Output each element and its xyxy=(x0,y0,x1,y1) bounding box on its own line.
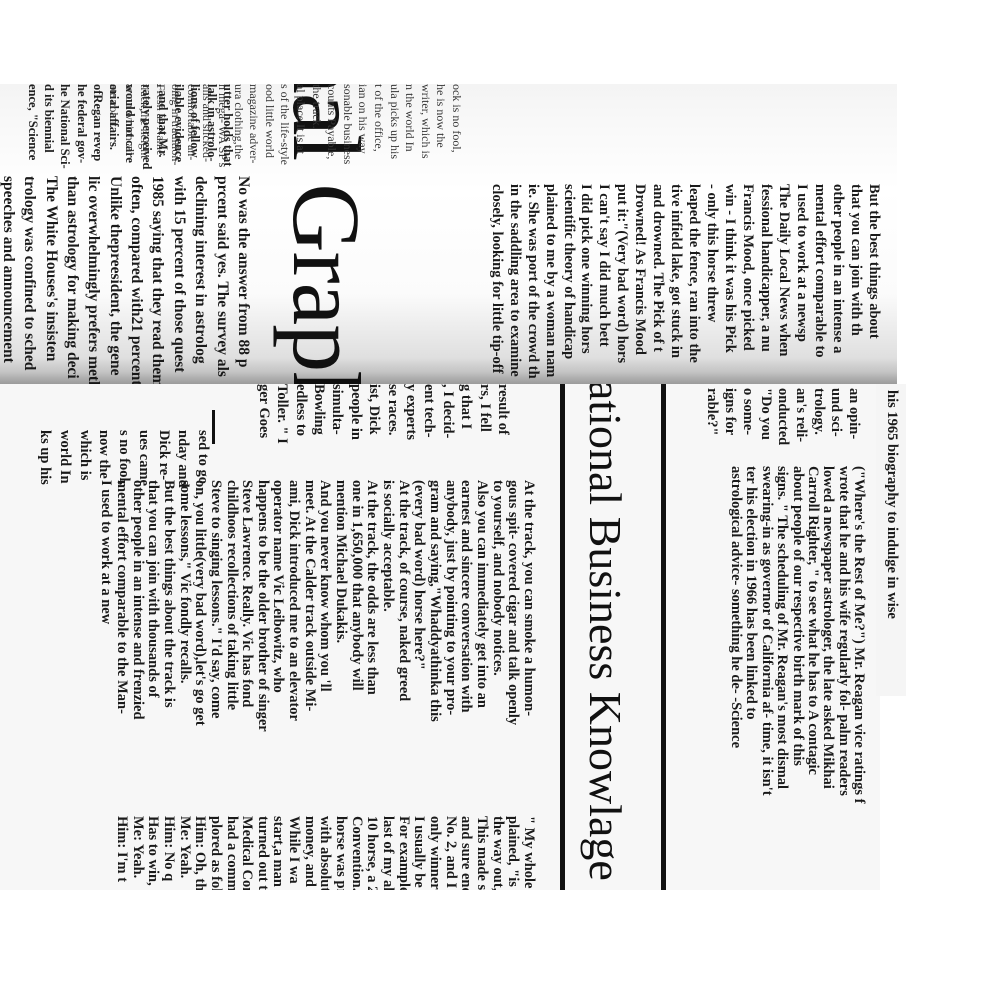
text-line: Him: I'm t xyxy=(113,816,129,890)
text-line: ate color. xyxy=(105,84,121,167)
text-line: about people of our respective birth mar… xyxy=(789,466,804,803)
text-line: nday and xyxy=(173,430,193,488)
text-line: he National Sci- xyxy=(57,84,73,170)
text-line: ent tech- xyxy=(420,384,438,444)
text-line: ie. She was port of the crowd th xyxy=(523,184,541,379)
text-line: sed to go xyxy=(192,430,212,488)
roll-column-right-small: ock is no fool, he is now the writer, wh… xyxy=(105,84,464,167)
text-line: that you can join with th xyxy=(846,184,864,379)
text-line: only winner I xyxy=(426,816,442,890)
text-line: swearing-in as governor of California af… xyxy=(758,466,773,803)
text-line: Dick re- xyxy=(153,430,173,488)
text-line: comfortable an- xyxy=(183,84,199,167)
text-line: - only this horse threw xyxy=(702,184,720,379)
text-line: turned out th xyxy=(254,816,270,890)
tab-text: his 1965 biography to indulge in wise xyxy=(882,390,902,619)
text-line: gram and saying,"Whaddyathinka this xyxy=(426,480,442,732)
text-line: and sure enou xyxy=(458,816,474,890)
sheet-column-d: " My whole plained, "is if the way out, … xyxy=(113,816,536,890)
text-line: I did pick one winning hors xyxy=(577,184,595,379)
text-line: Bowling xyxy=(310,384,328,444)
text-line: , I decid- xyxy=(438,384,456,444)
sheet-column-e: an opin- und sci- trology. an's reli- on… xyxy=(703,388,862,445)
text-line: mental effort comparable to the Man- xyxy=(113,480,129,732)
sheet-column-b: result of rs, I fell g that I , I decid-… xyxy=(254,384,512,444)
text-line: ian on his way xyxy=(355,84,371,167)
text-line: had a common xyxy=(223,816,239,890)
text-line: Toller. " I xyxy=(273,384,291,444)
text-line: Him: No q xyxy=(160,816,176,890)
text-line: No was the answer from 88 p xyxy=(233,176,254,384)
text-line: plained to me by a woman nam xyxy=(541,184,559,379)
text-line: that you can join with thousands of xyxy=(145,480,161,732)
text-line: meet. At the Calder track outside Mi- xyxy=(301,480,317,732)
text-line: one in 1,650,000 that anybody will xyxy=(348,480,364,732)
text-line: ist, Dick xyxy=(365,384,383,444)
text-line: with 15 percent of those quest xyxy=(169,176,190,384)
text-line: with absolutel xyxy=(317,816,333,890)
text-line: rs, I fell xyxy=(475,384,493,444)
text-line: Also you can immediately get into an xyxy=(473,480,489,732)
text-line: Medical Conve xyxy=(239,816,255,890)
text-line: money, and th xyxy=(301,816,317,890)
text-line: ks up his xyxy=(35,430,55,488)
text-line: ar on which all xyxy=(121,84,137,167)
text-line: lowed a newspaper astrologer, the late a… xyxy=(820,466,835,803)
paper-sheet: sed to go nday and Dick re- ues came s n… xyxy=(0,384,880,890)
text-line: track,the height xyxy=(137,84,153,167)
text-line: now the xyxy=(94,430,114,488)
text-line: At the track, you can smoke a humon- xyxy=(520,480,536,732)
text-line: n the world In xyxy=(402,84,418,167)
text-line: Francis Mood, once picked xyxy=(738,184,756,379)
text-line: people in xyxy=(346,384,364,444)
text-line: ("Where's the Rest of Me?") Mr. Reagan v… xyxy=(851,466,866,803)
text-line: Drowned! As Francis Mood xyxy=(630,184,648,379)
text-line: other people in an intense a xyxy=(828,184,846,379)
text-line: ues came xyxy=(133,430,153,488)
text-line: At the track, of course, naked greed xyxy=(395,480,411,732)
text-line: For example, xyxy=(395,816,411,890)
text-line: Him: Oh, th xyxy=(192,816,208,890)
text-line: put it:"(Very bad word) hors xyxy=(612,184,630,379)
text-line: Steve Lawrence. Really. Vic has fond xyxy=(239,480,255,732)
text-line: s of the life-style xyxy=(277,84,293,167)
text-line: t of the office, xyxy=(370,84,386,167)
text-line: speeches and announcement xyxy=(0,176,19,384)
column-rule-left xyxy=(560,384,565,890)
text-line: At the track, the odds are less than xyxy=(364,480,380,732)
text-line: ofRegan revep xyxy=(90,84,106,170)
text-line: to yourself, and nobody notices. xyxy=(489,480,505,732)
roll-column-right: But the best things about that you can j… xyxy=(487,184,882,379)
text-line: ence, "Science xyxy=(25,84,41,170)
text-line: rable?" xyxy=(703,388,721,445)
text-line: Has to win, xyxy=(145,816,161,890)
text-line: al place.It is at xyxy=(292,84,308,167)
text-line: gous spit- covered cigar and talk openly xyxy=(505,480,521,732)
column-rule-right xyxy=(661,384,666,890)
text-line: Steve to singing lessons." I'd say, come xyxy=(207,480,223,732)
text-line: s no fool, xyxy=(113,430,133,488)
text-line: Fresh as Name xyxy=(152,84,168,167)
text-line: the way out, xyxy=(489,816,505,890)
text-line: sonable business xyxy=(339,84,355,167)
text-line: some lessons," Vic fondly recalls. xyxy=(176,480,192,732)
text-line: The Daily Local News when xyxy=(774,184,792,379)
text-line: o some- xyxy=(738,388,756,445)
text-line: result of xyxy=(494,384,512,444)
text-line: counts Payable, xyxy=(324,84,340,167)
text-line: "Do you xyxy=(756,388,774,445)
text-line: scientific theory of handicap xyxy=(559,184,577,379)
text-line: I used to work at a new xyxy=(98,480,114,732)
text-line: an's reli- xyxy=(791,388,809,445)
text-line: anybody, just by pointing to your pro- xyxy=(442,480,458,732)
paper-roll: utter holds that lalk in astrolo- lions … xyxy=(0,84,897,384)
text-line: closely, looking for little tip-off xyxy=(487,184,505,379)
text-line: mention Michael Dukakis. xyxy=(332,480,348,732)
text-line: leaped the fence, ran into the xyxy=(684,184,702,379)
text-line: This made s xyxy=(473,816,489,890)
text-line: he is now the xyxy=(433,84,449,167)
text-line: last of my allo xyxy=(379,816,395,890)
text-line: y experts xyxy=(402,384,420,444)
text-line: in the saddling area to examine xyxy=(505,184,523,379)
text-line: 10 horse, a 25 xyxy=(364,816,380,890)
text-line: The White Houses's insisten xyxy=(40,176,61,384)
text-line: I usually be xyxy=(411,816,427,890)
text-line: (every bad word) horse here?" xyxy=(411,480,427,732)
text-line: onducted xyxy=(774,388,792,445)
text-line: world In xyxy=(54,430,74,488)
text-line: oing in tradition- xyxy=(168,84,184,167)
text-line: the track. xyxy=(308,84,324,167)
text-line: on, you little(very bad word),let's go g… xyxy=(192,480,208,732)
text-line: tive infield lake, got stuck in xyxy=(666,184,684,379)
text-line: g that I xyxy=(457,384,475,444)
sheet-column-a: sed to go nday and Dick re- ues came s n… xyxy=(35,430,212,488)
text-line: ter his election in 1966 has been linked… xyxy=(743,466,758,803)
text-line: 1985 saying that they read them xyxy=(147,176,168,384)
roll-column-mid: No was the answer from 88 p prcent said … xyxy=(0,176,254,384)
text-line: and drowned. The Pick of t xyxy=(648,184,666,379)
text-line: ura clothing,the xyxy=(230,84,246,167)
text-line: happens to be the older brother of singe… xyxy=(254,480,270,732)
text-line: wrote that he and his wife regularly fol… xyxy=(835,466,850,803)
text-line: I can't say I did much bett xyxy=(595,184,613,379)
text-line: d its biennial xyxy=(41,84,57,170)
text-line: simulta- xyxy=(328,384,346,444)
text-line: plored as follo xyxy=(207,816,223,890)
text-line: Carroll Righter, " to see what he has to… xyxy=(805,466,820,803)
text-line: ock is no fool, xyxy=(448,84,464,167)
text-line: trology was confined to sched xyxy=(19,176,40,384)
text-line: But the best things about the track is xyxy=(160,480,176,732)
text-line: he federal gov- xyxy=(74,84,90,170)
sheet-column-f: ("Where's the Rest of Me?") Mr. Reagan v… xyxy=(728,466,866,803)
text-line: ood little world xyxy=(261,84,277,167)
text-line: win - I think it was his Pick xyxy=(720,184,738,379)
text-line: lic overwhelmingly prefers meth xyxy=(83,176,104,384)
text-line: I used to work at a newsp xyxy=(792,184,810,379)
text-line: prcent said yes. The survey als xyxy=(211,176,232,384)
text-line: fessional handicapper, a nu xyxy=(756,184,774,379)
text-line: childhoos recollections of taking little xyxy=(223,480,239,732)
text-line: start,a man sa xyxy=(270,816,286,890)
text-line: ails and slicked- xyxy=(199,84,215,167)
text-line: Me: Yeah. xyxy=(176,816,192,890)
text-line: plained, "is if xyxy=(505,816,521,890)
text-line: declining interest in astrolog xyxy=(190,176,211,384)
text-line: ger Goes xyxy=(254,384,272,444)
text-line: While I wa xyxy=(286,816,302,890)
text-line: Unlike thepreesident, the gene xyxy=(104,176,125,384)
text-line: ula picks up his xyxy=(386,84,402,167)
text-line: But the best things about xyxy=(864,184,882,379)
text-line: ami, Dick introduced me to an elevator xyxy=(286,480,302,732)
sheet-headline: ational Business Knowlage Cen xyxy=(579,384,632,890)
text-line: astrological advice- something he de- -S… xyxy=(728,466,743,803)
text-line: Me: Yeah. xyxy=(129,816,145,890)
text-line: und sci- xyxy=(827,388,845,445)
text-line: magazine adver- xyxy=(246,84,262,167)
text-line: an opin- xyxy=(844,388,862,445)
text-line: horse was pro xyxy=(332,816,348,890)
text-line: se races. xyxy=(383,384,401,444)
text-line: other people in an intense and frenzied xyxy=(129,480,145,732)
text-line: often, compared with21 percent xyxy=(126,176,147,384)
column-rule xyxy=(212,410,215,444)
text-line: operator name Vic Leibowitz, who xyxy=(270,480,286,732)
text-line: No. 2, and I t xyxy=(442,816,458,890)
text-line: igns for xyxy=(721,388,739,445)
text-line: " My whole xyxy=(520,816,536,890)
text-line: writer, which is xyxy=(417,84,433,167)
text-line: edless to xyxy=(291,384,309,444)
text-line: And you never know whom you 'll xyxy=(317,480,333,732)
text-line: signs. " The scheduling of Mr. Reagan's … xyxy=(774,466,789,803)
text-line: than astrology for making deci xyxy=(62,176,83,384)
text-line: n mega- WA SP s xyxy=(215,84,231,167)
text-line: which is xyxy=(74,430,94,488)
text-line: Convention. xyxy=(348,816,364,890)
paper-edge-tab: his 1965 biography to indulge in wise xyxy=(876,384,906,696)
text-line: is socially acceptable. xyxy=(379,480,395,732)
text-line: earnest and sincere conversation with xyxy=(458,480,474,732)
text-line: mental effort comparable to xyxy=(810,184,828,379)
sheet-column-c: At the track, you can smoke a humon- gou… xyxy=(98,480,536,732)
text-line: trology. xyxy=(809,388,827,445)
